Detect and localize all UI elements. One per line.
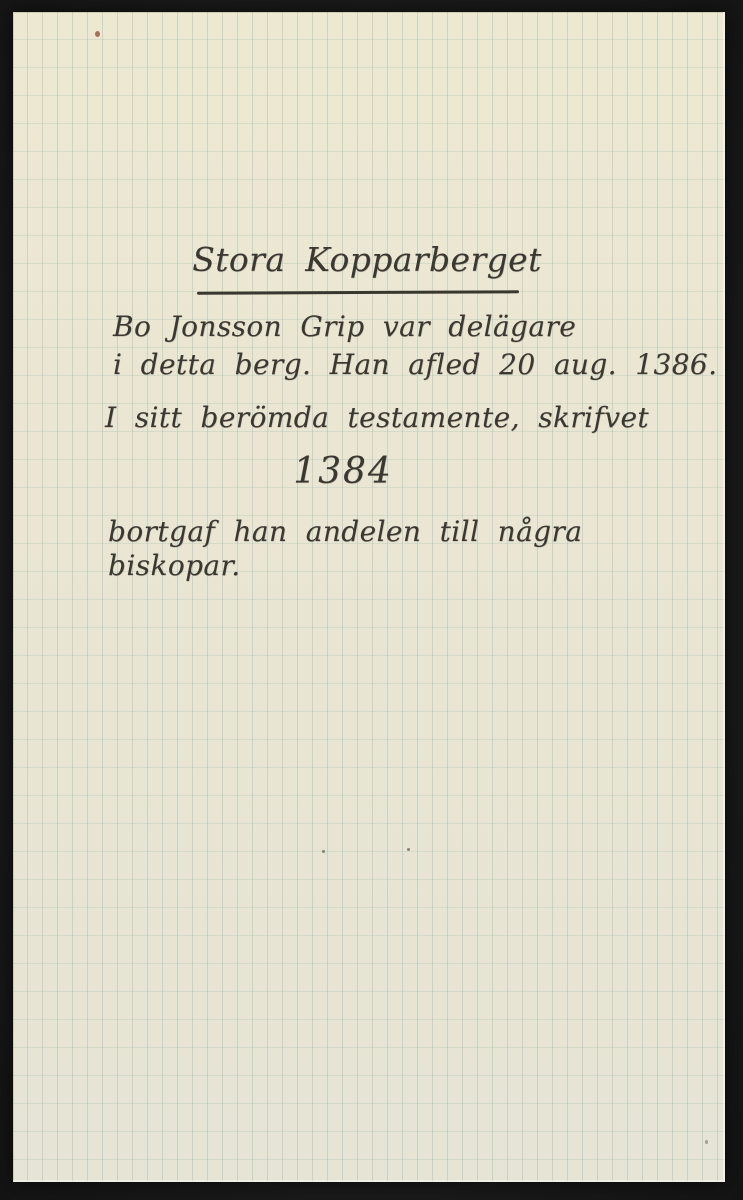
handwriting-line-3: I sitt berömda testamente, skrifvet bbox=[105, 403, 649, 434]
handwriting-line-4: bortgaf han andelen till några bbox=[108, 517, 582, 548]
handwriting-line-5: biskopar. bbox=[108, 551, 241, 582]
graph-paper-sheet: Stora Kopparberget Bo Jonsson Grip var d… bbox=[13, 12, 725, 1182]
note-title: Stora Kopparberget bbox=[117, 242, 617, 278]
handwriting-line-2: i detta berg. Han afled 20 aug. 1386. bbox=[113, 350, 717, 381]
year-figure: 1384 bbox=[253, 452, 433, 492]
handwriting-line-1: Bo Jonsson Grip var delägare bbox=[113, 312, 576, 343]
paper-speck bbox=[95, 31, 100, 37]
paper-speck bbox=[322, 850, 325, 853]
title-underline bbox=[197, 290, 519, 294]
paper-speck bbox=[705, 1140, 708, 1144]
paper-speck bbox=[407, 848, 410, 851]
scan-background: { "document": { "kind": "handwritten-arc… bbox=[0, 0, 743, 1200]
